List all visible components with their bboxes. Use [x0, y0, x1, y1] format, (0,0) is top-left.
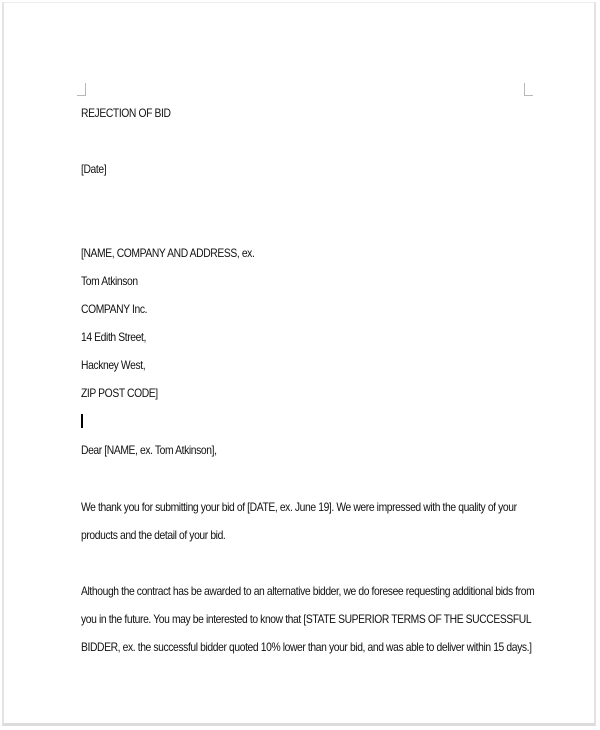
address-line: ZIP POST CODE]: [81, 386, 158, 400]
margin-corner-top-left: [77, 83, 86, 96]
address-line: 14 Edith Street,: [81, 330, 146, 344]
paragraph-2-line: you in the future. You may be interested…: [81, 612, 531, 626]
address-line: Tom Atkinson: [81, 274, 138, 288]
paragraph-1-line: products and the detail of your bid.: [81, 528, 225, 542]
paragraph-1-line: We thank you for submitting your bid of …: [81, 500, 517, 514]
date-placeholder: [Date]: [81, 162, 106, 176]
address-line: COMPANY Inc.: [81, 302, 147, 316]
document-title: REJECTION OF BID: [81, 106, 171, 120]
paragraph-2-line: Although the contract has be awarded to …: [81, 584, 534, 598]
address-line: [NAME, COMPANY AND ADDRESS, ex.: [81, 246, 254, 260]
margin-corner-top-right: [524, 83, 533, 96]
text-cursor: [81, 414, 83, 428]
salutation: Dear [NAME, ex. Tom Atkinson],: [81, 443, 217, 457]
address-line: Hackney West,: [81, 358, 145, 372]
paragraph-2-line: BIDDER, ex. the successful bidder quoted…: [81, 640, 532, 654]
